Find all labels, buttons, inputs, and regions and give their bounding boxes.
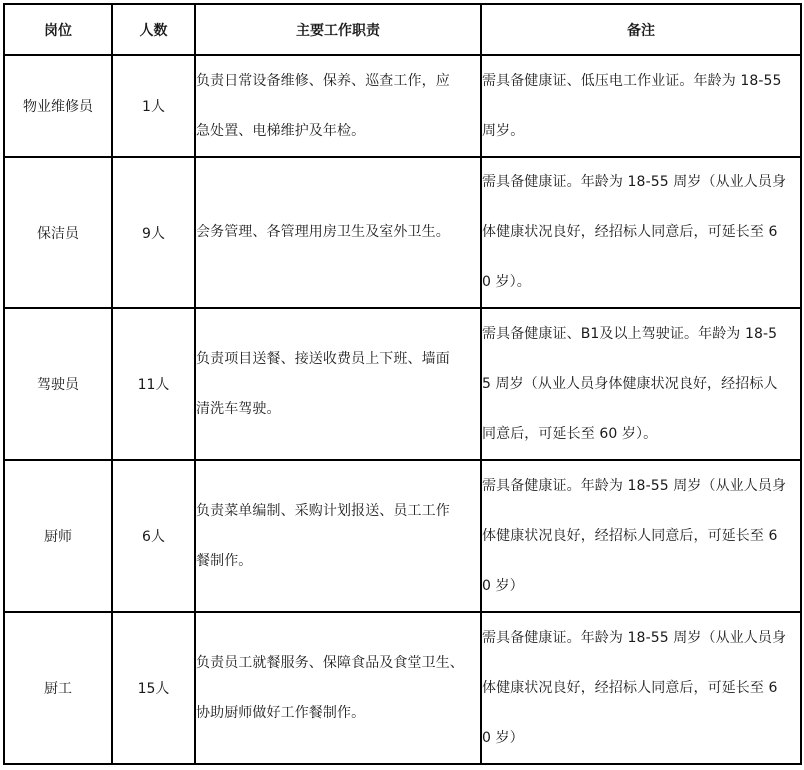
- duties-line: 负责员工就餐服务、保障食品及食堂卫生、: [196, 651, 480, 676]
- header-row: 岗位 人数 主要工作职责 备注: [4, 4, 801, 55]
- post-cell: 厨工: [4, 612, 112, 764]
- remarks-line: 0 岁）: [482, 726, 800, 751]
- remarks-line: 体健康状况良好，经招标人同意后，可延长至 6: [482, 676, 800, 701]
- remarks-line: 5 周岁（从业人员身体健康状况良好，经招标人: [482, 372, 800, 397]
- header-post: 岗位: [4, 4, 112, 55]
- duties-line: 负责菜单编制、采购计划报送、员工工作: [196, 499, 480, 524]
- table-row: 驾驶员 11人 负责项目送餐、接送收费员上下班、墙面 清洗车驾驶。 需具备健康证…: [4, 308, 801, 460]
- header-count: 人数: [112, 4, 195, 55]
- duties-cell: 会务管理、各管理用房卫生及室外卫生。: [195, 157, 481, 308]
- header-duties: 主要工作职责: [195, 4, 481, 55]
- staffing-table: 岗位 人数 主要工作职责 备注 物业维修员 1人 负责日常设备维修、保养、巡查工…: [3, 3, 802, 765]
- duties-cell: 负责项目送餐、接送收费员上下班、墙面 清洗车驾驶。: [195, 308, 481, 460]
- duties-line: 负责项目送餐、接送收费员上下班、墙面: [196, 347, 480, 372]
- table-row: 物业维修员 1人 负责日常设备维修、保养、巡查工作，应 急处置、电梯维护及年检。…: [4, 55, 801, 157]
- duties-line: 协助厨师做好工作餐制作。: [196, 701, 480, 726]
- remarks-line: 需具备健康证、低压电工作业证。年龄为 18-55: [482, 69, 800, 94]
- duties-cell: 负责日常设备维修、保养、巡查工作，应 急处置、电梯维护及年检。: [195, 55, 481, 157]
- remarks-line: 需具备健康证。年龄为 18-55 周岁（从业人员身: [482, 474, 800, 499]
- remarks-cell: 需具备健康证、B1及以上驾驶证。年龄为 18-5 5 周岁（从业人员身体健康状况…: [481, 308, 801, 460]
- remarks-cell: 需具备健康证。年龄为 18-55 周岁（从业人员身 体健康状况良好，经招标人同意…: [481, 460, 801, 612]
- count-cell: 6人: [112, 460, 195, 612]
- count-cell: 1人: [112, 55, 195, 157]
- remarks-line: 体健康状况良好，经招标人同意后，可延长至 6: [482, 524, 800, 549]
- remarks-line: 需具备健康证、B1及以上驾驶证。年龄为 18-5: [482, 322, 800, 347]
- duties-line: 急处置、电梯维护及年检。: [196, 119, 480, 144]
- duties-line: 会务管理、各管理用房卫生及室外卫生。: [196, 220, 480, 245]
- remarks-line: 0 岁）。: [482, 270, 800, 295]
- remarks-line: 周岁。: [482, 119, 800, 144]
- duties-cell: 负责员工就餐服务、保障食品及食堂卫生、 协助厨师做好工作餐制作。: [195, 612, 481, 764]
- remarks-line: 需具备健康证。年龄为 18-55 周岁（从业人员身: [482, 170, 800, 195]
- remarks-line: 0 岁）: [482, 574, 800, 599]
- duties-cell: 负责菜单编制、采购计划报送、员工工作 餐制作。: [195, 460, 481, 612]
- post-cell: 驾驶员: [4, 308, 112, 460]
- remarks-line: 同意后，可延长至 60 岁）。: [482, 422, 800, 447]
- table-row: 保洁员 9人 会务管理、各管理用房卫生及室外卫生。 需具备健康证。年龄为 18-…: [4, 157, 801, 308]
- count-cell: 11人: [112, 308, 195, 460]
- duties-line: 清洗车驾驶。: [196, 397, 480, 422]
- table-row: 厨师 6人 负责菜单编制、采购计划报送、员工工作 餐制作。 需具备健康证。年龄为…: [4, 460, 801, 612]
- remarks-line: 体健康状况良好，经招标人同意后，可延长至 6: [482, 220, 800, 245]
- duties-line: 负责日常设备维修、保养、巡查工作，应: [196, 69, 480, 94]
- duties-line: 餐制作。: [196, 549, 480, 574]
- count-cell: 9人: [112, 157, 195, 308]
- header-remarks: 备注: [481, 4, 801, 55]
- post-cell: 物业维修员: [4, 55, 112, 157]
- remarks-line: 需具备健康证。年龄为 18-55 周岁（从业人员身: [482, 626, 800, 651]
- remarks-cell: 需具备健康证。年龄为 18-55 周岁（从业人员身 体健康状况良好，经招标人同意…: [481, 612, 801, 764]
- remarks-cell: 需具备健康证、低压电工作业证。年龄为 18-55 周岁。: [481, 55, 801, 157]
- table-row: 厨工 15人 负责员工就餐服务、保障食品及食堂卫生、 协助厨师做好工作餐制作。 …: [4, 612, 801, 764]
- post-cell: 保洁员: [4, 157, 112, 308]
- post-cell: 厨师: [4, 460, 112, 612]
- remarks-cell: 需具备健康证。年龄为 18-55 周岁（从业人员身 体健康状况良好，经招标人同意…: [481, 157, 801, 308]
- count-cell: 15人: [112, 612, 195, 764]
